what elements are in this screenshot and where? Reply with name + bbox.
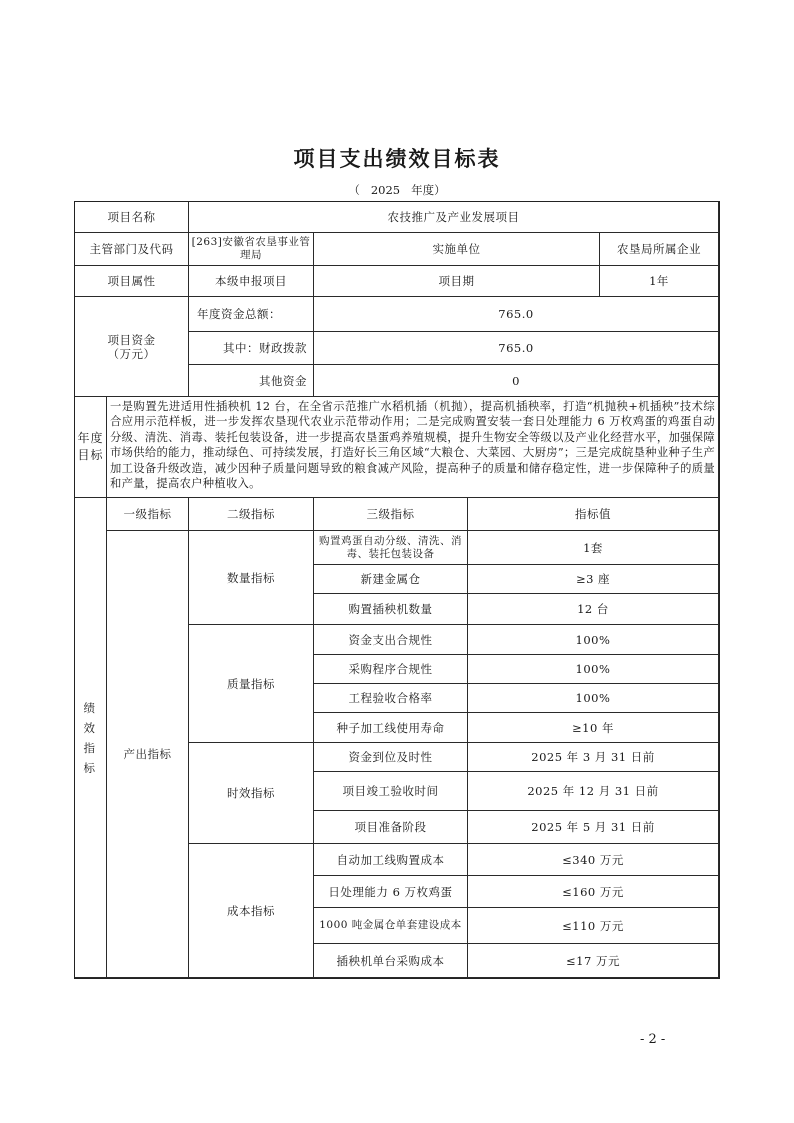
header-value: 指标值 bbox=[467, 497, 719, 531]
indicator-value: ≤110 万元 bbox=[467, 907, 719, 944]
dept-label: 主管部门及代码 bbox=[74, 232, 189, 266]
indicator-name: 1000 吨金属仓单套建设成本 bbox=[313, 907, 468, 944]
indicator-value: 1套 bbox=[467, 530, 719, 565]
indicator-name: 购置鸡蛋自动分级、清洗、消毒、装托包装设备 bbox=[313, 530, 468, 565]
funding-label-line1: 项目资金 bbox=[108, 333, 156, 347]
indicator-name: 自动加工线购置成本 bbox=[313, 843, 468, 876]
indicator-value: 2025 年 12 月 31 日前 bbox=[467, 771, 719, 811]
funding-total-label: 年度资金总额： bbox=[188, 296, 314, 332]
indicator-name: 资金到位及时性 bbox=[313, 742, 468, 772]
indicator-name: 项目准备阶段 bbox=[313, 810, 468, 844]
header-level3: 三级指标 bbox=[313, 497, 468, 531]
indicator-value: 100% bbox=[467, 654, 719, 684]
funding-label: 项目资金 （万元） bbox=[74, 296, 189, 397]
group-cost: 成本指标 bbox=[188, 843, 314, 978]
fiscal-year: （ 2025 年度） bbox=[0, 182, 794, 198]
indicator-value: 100% bbox=[467, 683, 719, 713]
header-level1: 一级指标 bbox=[106, 497, 189, 531]
indicator-value: ≥10 年 bbox=[467, 712, 719, 743]
indicator-name: 项目竣工验收时间 bbox=[313, 771, 468, 811]
indicator-name: 采购程序合规性 bbox=[313, 654, 468, 684]
project-name-value: 农技推广及产业发展项目 bbox=[188, 201, 719, 233]
annual-goal-label: 年度目标 bbox=[74, 396, 107, 498]
indicator-name: 工程验收合格率 bbox=[313, 683, 468, 713]
page-title: 项目支出绩效目标表 bbox=[0, 143, 794, 173]
impl-unit-label: 实施单位 bbox=[313, 232, 600, 266]
dept-value: [263]安徽省农垦事业管理局 bbox=[188, 232, 314, 266]
indicator-value: ≥3 座 bbox=[467, 564, 719, 594]
indicator-name: 新建金属仓 bbox=[313, 564, 468, 594]
group-timeliness: 时效指标 bbox=[188, 742, 314, 844]
attr-label: 项目属性 bbox=[74, 265, 189, 297]
project-name-label: 项目名称 bbox=[74, 201, 189, 233]
header-level2: 二级指标 bbox=[188, 497, 314, 531]
period-label: 项目期 bbox=[313, 265, 600, 297]
period-value: 1年 bbox=[599, 265, 719, 297]
indicator-value: ≤17 万元 bbox=[467, 943, 719, 978]
funding-total-value: 765.0 bbox=[313, 296, 719, 332]
indicator-value: 2025 年 3 月 31 日前 bbox=[467, 742, 719, 772]
indicator-name: 资金支出合规性 bbox=[313, 624, 468, 655]
indicator-name: 种子加工线使用寿命 bbox=[313, 712, 468, 743]
level1-output: 产出指标 bbox=[106, 530, 189, 978]
attr-value: 本级申报项目 bbox=[188, 265, 314, 297]
funding-fiscal-label: 其中：财政拨款 bbox=[188, 331, 314, 365]
funding-label-line2: （万元） bbox=[108, 347, 156, 361]
impl-unit-value: 农垦局所属企业 bbox=[599, 232, 719, 266]
indicator-name: 插秧机单台采购成本 bbox=[313, 943, 468, 978]
funding-other-label: 其他资金 bbox=[188, 364, 314, 397]
funding-other-value: 0 bbox=[313, 364, 719, 397]
group-quantity: 数量指标 bbox=[188, 530, 314, 625]
indicators-section-label: 绩效指标 bbox=[74, 497, 107, 978]
indicator-value: ≤340 万元 bbox=[467, 843, 719, 876]
indicator-value: 12 台 bbox=[467, 593, 719, 625]
page-number: - 2 - bbox=[640, 1032, 665, 1047]
funding-fiscal-value: 765.0 bbox=[313, 331, 719, 365]
indicator-name: 日处理能力 6 万枚鸡蛋 bbox=[313, 875, 468, 908]
indicator-value: 100% bbox=[467, 624, 719, 655]
indicators-section-text: 绩效指标 bbox=[84, 698, 98, 778]
group-quality: 质量指标 bbox=[188, 624, 314, 743]
annual-goal-text: 一是购置先进适用性插秧机 12 台，在全省示范推广水稻机插（机抛），提高机插秧率… bbox=[106, 396, 719, 498]
indicator-name: 购置插秧机数量 bbox=[313, 593, 468, 625]
indicator-value: ≤160 万元 bbox=[467, 875, 719, 908]
indicator-value: 2025 年 5 月 31 日前 bbox=[467, 810, 719, 844]
